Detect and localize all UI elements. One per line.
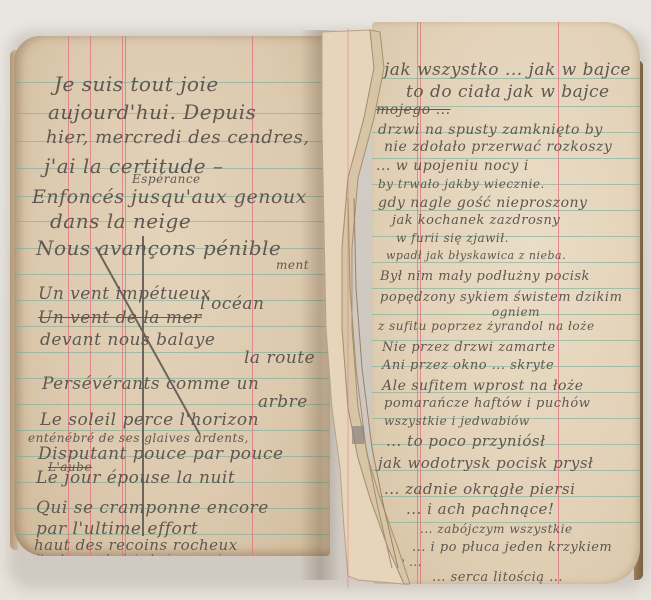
handwritten-line: devant nous balaye: [40, 330, 215, 350]
handwritten-line: drzwi na spusty zamknięto by: [378, 122, 603, 138]
handwritten-line: to do ciała jak w bajce: [406, 82, 610, 102]
handwritten-line: Ale sufitem wprost na łoże: [382, 378, 584, 394]
ruled-line: [372, 288, 640, 289]
handwritten-line: Persévérants comme un: [42, 374, 259, 394]
handwritten-line: jak wszystko ... jak w bajce: [384, 60, 631, 80]
handwritten-line: l'océan: [200, 294, 265, 314]
handwritten-line: Un vent impétueux: [38, 284, 211, 304]
handwritten-line: ... zabójczym wszystkie: [420, 522, 573, 536]
handwritten-line: Espérance: [132, 172, 201, 186]
handwritten-line: ... i ach pachnące!: [406, 500, 554, 518]
handwritten-line: jak wodotrysk pocisk prysł: [378, 454, 593, 472]
ruled-line: [372, 262, 640, 263]
handwritten-line: Le jour épouse la nuit: [36, 468, 235, 488]
handwritten-line: Był nim mały podłużny pocisk: [380, 269, 590, 284]
handwritten-line: l'aube sur la joie le jour arrive: [36, 552, 236, 556]
handwritten-line: z sufitu poprzez żyrandol na łoże: [378, 319, 595, 333]
handwritten-line: Le soleil perce l'horizon: [40, 410, 259, 430]
torn-page-stubs: [318, 28, 410, 588]
handwritten-line: enténébré de ses glaives ardents,: [28, 431, 249, 445]
left-page: Je suis tout joie aujourd'hui. Depuis hi…: [14, 36, 330, 556]
handwritten-line: Je suis tout joie: [54, 72, 219, 96]
handwritten-line: ogniem: [492, 305, 540, 319]
handwritten-line: Un vent de la mer: [38, 308, 202, 328]
handwritten-line: jak kochanek zazdrosny: [392, 213, 560, 228]
right-page: jak wszystko ... jak w bajce to do ciała…: [372, 22, 640, 584]
ruled-line: [14, 274, 330, 275]
handwritten-line: ... zadnie okrągłe piersi: [384, 480, 575, 498]
handwritten-line: Nous avançons pénible: [36, 236, 281, 260]
handwritten-line: nie zdołało przerwać rozkoszy: [384, 139, 612, 155]
handwritten-line: hier, mercredi des cendres,: [46, 127, 309, 148]
handwritten-line: popędzony sykiem świstem dzikim: [380, 290, 622, 305]
handwritten-line: aujourd'hui. Depuis: [48, 100, 256, 124]
handwritten-line: wpadł jak błyskawica z nieba.: [386, 249, 566, 262]
handwritten-line: Enfoncés jusqu'aux genoux: [32, 186, 307, 208]
handwritten-line: Qui se cramponne encore: [36, 498, 269, 518]
handwritten-line: dans la neige: [50, 209, 191, 233]
handwritten-line: ... serca litością ...: [432, 570, 563, 584]
handwritten-line: pomarańcze haftów i puchów: [384, 396, 590, 411]
handwritten-line: w furii się zjawił.: [396, 231, 509, 245]
handwritten-line: ... i po płuca jeden krzykiem: [412, 540, 612, 555]
